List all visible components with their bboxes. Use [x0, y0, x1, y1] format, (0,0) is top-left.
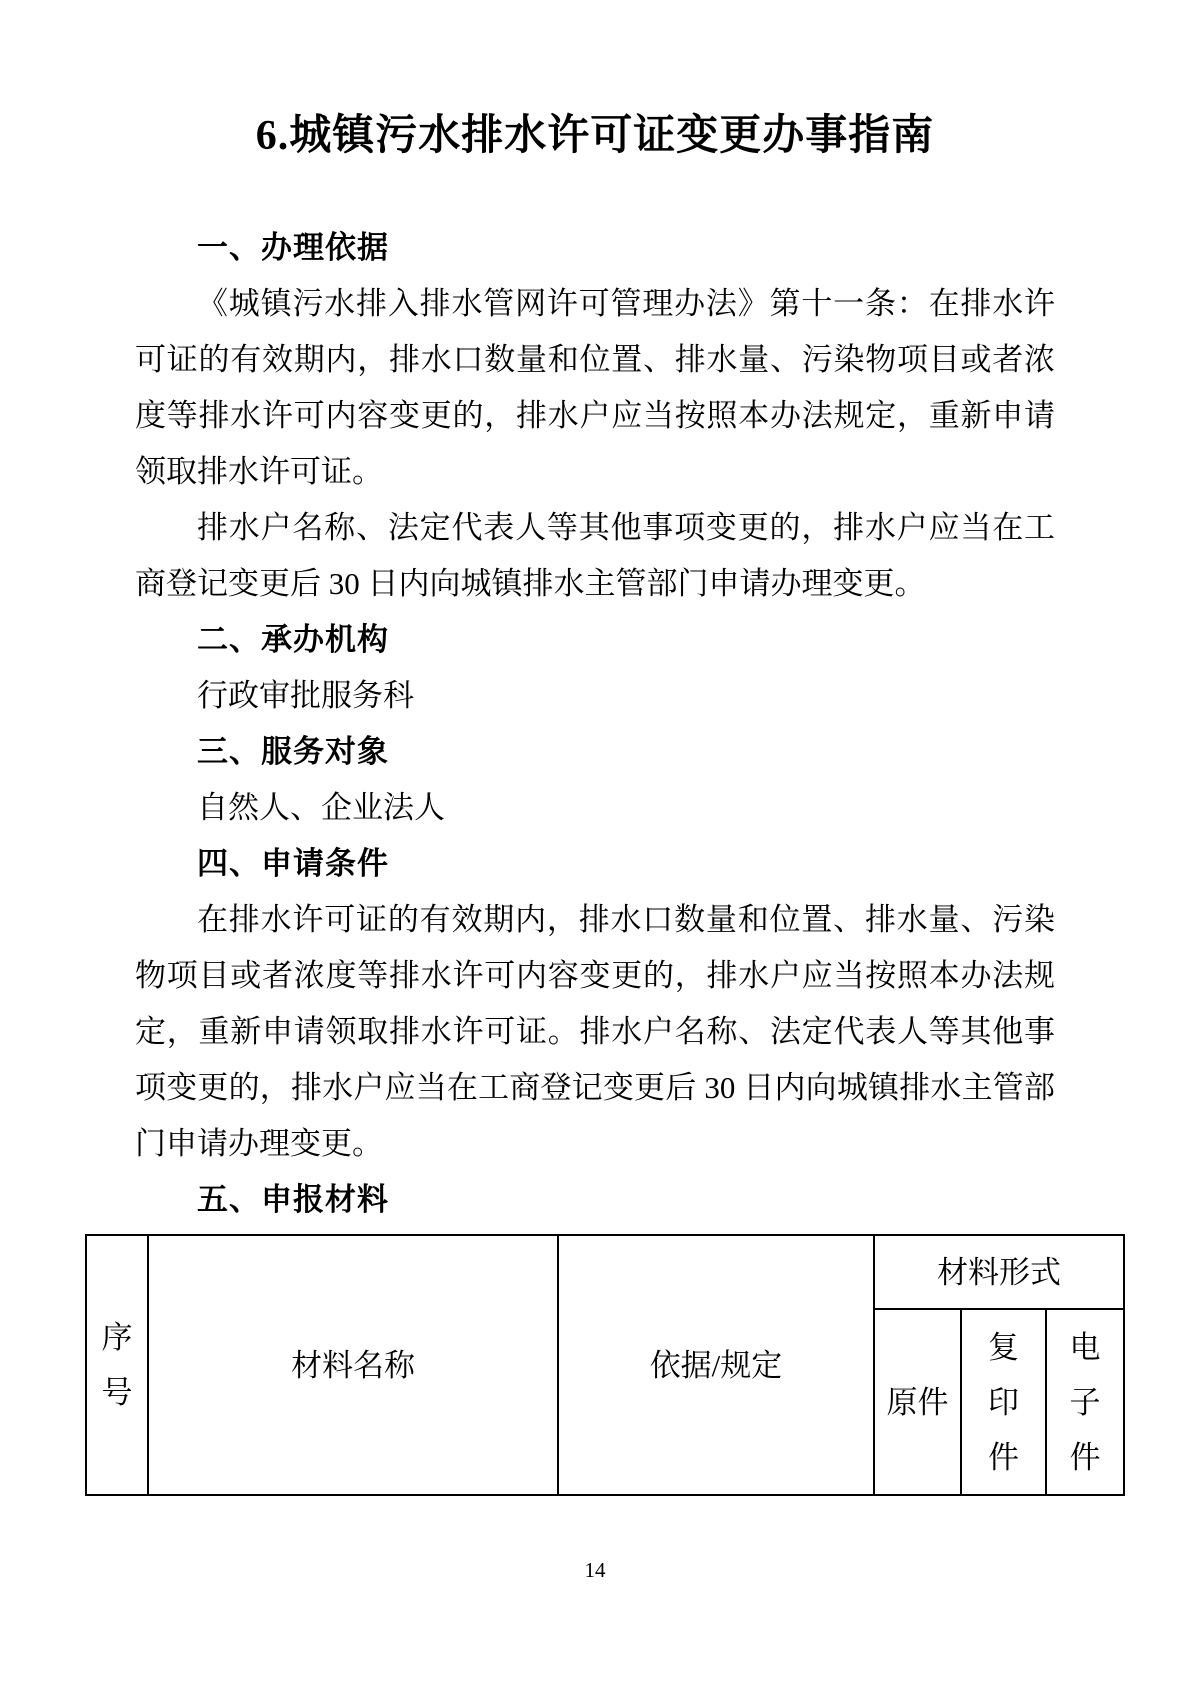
materials-table: 序号 材料名称 依据/规定 材料形式 原件 复印件 电子件 [85, 1234, 1125, 1496]
table-header-index: 序号 [86, 1235, 148, 1495]
table-header-copy-label: 复印件 [988, 1320, 1019, 1485]
paragraph: 《城镇污水排入排水管网许可管理办法》第十一条：在排水许可证的有效期内，排水口数量… [135, 276, 1055, 500]
page-title: 6.城镇污水排水许可证变更办事指南 [120, 108, 1070, 164]
page-number: 14 [0, 1556, 1190, 1584]
document-page: 6.城镇污水排水许可证变更办事指南 一、办理依据 《城镇污水排入排水管网许可管理… [0, 0, 1190, 1684]
section-heading-agency: 二、承办机构 [135, 612, 1055, 668]
table-header-electronic: 电子件 [1046, 1309, 1124, 1495]
paragraph: 排水户名称、法定代表人等其他事项变更的，排水户应当在工商登记变更后 30 日内向… [135, 500, 1055, 612]
section-heading-service-target: 三、服务对象 [135, 724, 1055, 780]
table-header-basis: 依据/规定 [558, 1235, 874, 1495]
table-header-electronic-label: 电子件 [1070, 1320, 1101, 1485]
table-header-index-label: 序号 [102, 1310, 133, 1420]
document-body: 一、办理依据 《城镇污水排入排水管网许可管理办法》第十一条：在排水许可证的有效期… [135, 220, 1055, 1496]
section-heading-conditions: 四、申请条件 [135, 836, 1055, 892]
paragraph: 自然人、企业法人 [135, 780, 1055, 836]
table-header-copy: 复印件 [961, 1309, 1046, 1495]
paragraph: 行政审批服务科 [135, 668, 1055, 724]
section-heading-materials: 五、申报材料 [135, 1172, 1055, 1228]
section-heading-basis: 一、办理依据 [135, 220, 1055, 276]
table-header-material-name: 材料名称 [148, 1235, 558, 1495]
table-header-form-group: 材料形式 [874, 1235, 1124, 1309]
paragraph: 在排水许可证的有效期内，排水口数量和位置、排水量、污染物项目或者浓度等排水许可内… [135, 892, 1055, 1172]
table-header-original: 原件 [874, 1309, 961, 1495]
